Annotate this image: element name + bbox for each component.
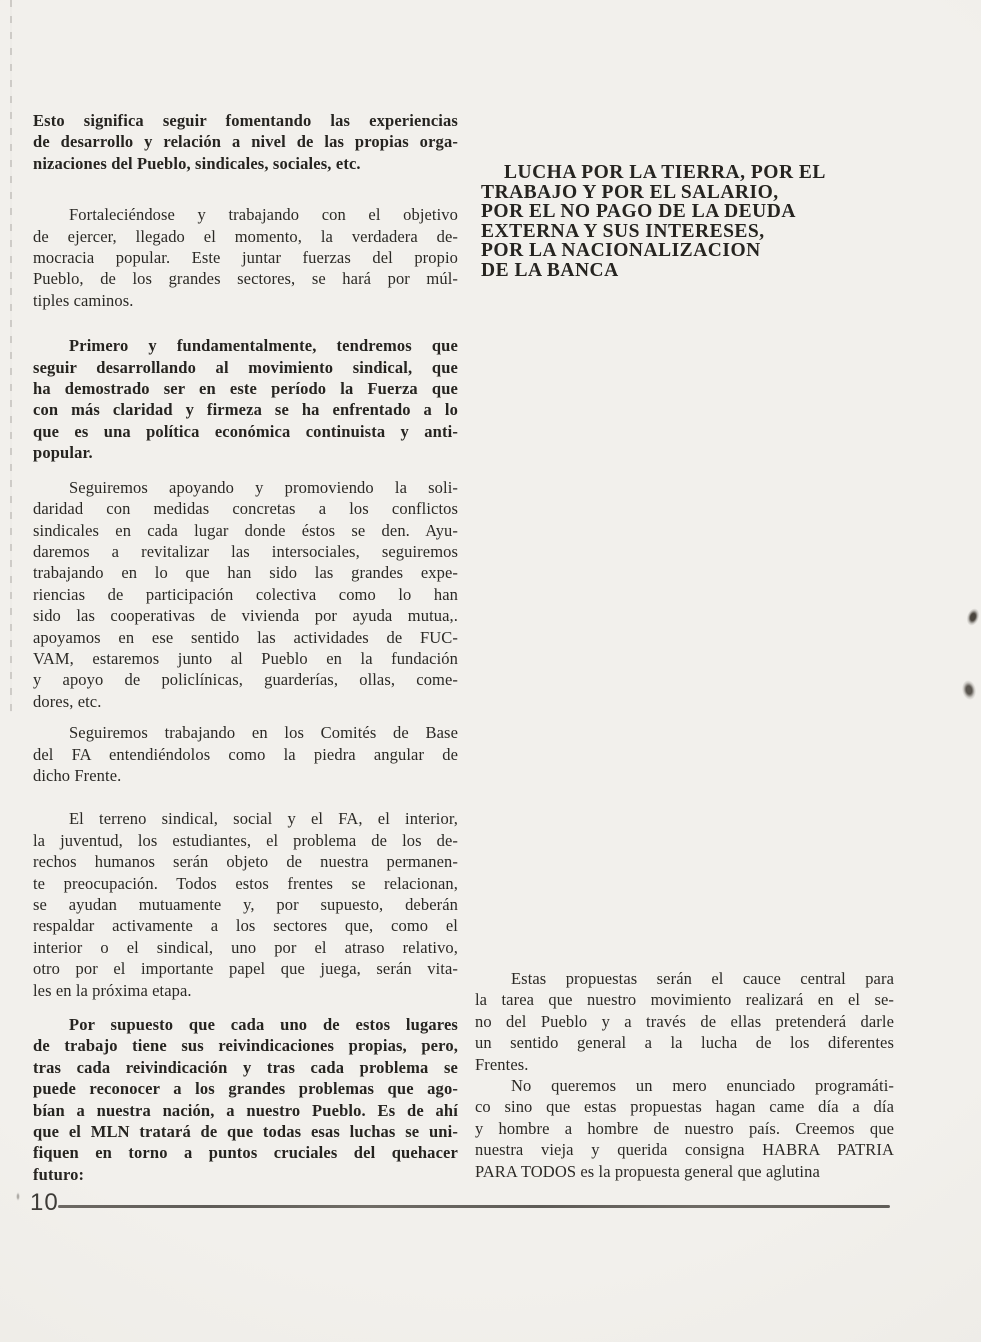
text-line: tiples caminos.: [33, 290, 458, 311]
text-line: que el MLN tratará de que todas esas luc…: [33, 1121, 458, 1142]
text-line: la juventud, los estudiantes, el problem…: [33, 830, 458, 851]
heading-line: DE LA BANCA: [481, 261, 921, 281]
text-line: futuro:: [33, 1164, 458, 1185]
footer-rule: [58, 1205, 890, 1208]
text-line: otro por el importante papel que juega, …: [33, 958, 458, 979]
text-line: co sino que estas propuestas hagan came …: [475, 1096, 894, 1117]
text-line: Esto significa seguir fomentando las exp…: [33, 110, 458, 131]
text-line: Frentes.: [475, 1054, 894, 1075]
text-line: rechos humanos serán objeto de nuestra p…: [33, 851, 458, 872]
paragraph: Por supuesto que cada uno de estos lugar…: [33, 1014, 458, 1185]
text-line: y apoyo de policlínicas, guarderías, oll…: [33, 669, 458, 690]
text-line: no del Pueblo y a través de ellas preten…: [475, 1011, 894, 1032]
paragraph: Esto significa seguir fomentando las exp…: [33, 110, 458, 174]
paragraph: Primero y fundamentalmente, tendremos qu…: [33, 335, 458, 463]
text-line: te preocupación. Todos estos frentes se …: [33, 873, 458, 894]
ink-speck: [960, 679, 978, 701]
text-line: daridad con medidas concretas a los conf…: [33, 498, 458, 519]
text-line: Por supuesto que cada uno de estos lugar…: [33, 1014, 458, 1035]
text-line: Pueblo, de los grandes sectores, se hará…: [33, 268, 458, 289]
text-line: seguir desarrollando al movimiento sindi…: [33, 357, 458, 378]
text-line: ha demostrado ser en este período la Fue…: [33, 378, 458, 399]
text-line: bían a nuestra nación, a nuestro Pueblo.…: [33, 1100, 458, 1121]
text-line: la tarea que nuestro movimiento realizar…: [475, 989, 894, 1010]
text-line: de desarrollo y relación a nivel de las …: [33, 131, 458, 152]
text-line: puede reconocer a los grandes problemas …: [33, 1078, 458, 1099]
text-line: tras cada reivindicación y tras cada pro…: [33, 1057, 458, 1078]
text-line: de ejercer, llegado el momento, la verda…: [33, 226, 458, 247]
text-line: trabajando en lo que han sido las grande…: [33, 562, 458, 583]
text-line: del FA entendiéndolos como la piedra ang…: [33, 744, 458, 765]
text-line: dicho Frente.: [33, 765, 458, 786]
text-line: Fortaleciéndose y trabajando con el obje…: [33, 204, 458, 225]
text-line: con más claridad y firmeza se ha enfrent…: [33, 399, 458, 420]
text-line: respaldar activamente a los sectores que…: [33, 915, 458, 936]
text-line: sido las cooperativas de vivienda por ay…: [33, 605, 458, 626]
text-line: Seguiremos trabajando en los Comités de …: [33, 722, 458, 743]
paragraph: Estas propuestas serán el cauce central …: [475, 968, 894, 1075]
text-line: fiquen en torno a puntos cruciales del q…: [33, 1142, 458, 1163]
paragraph: Seguiremos apoyando y promoviendo la sol…: [33, 477, 458, 712]
text-line: PARA TODOS es la propuesta general que a…: [475, 1161, 894, 1182]
text-line: popular.: [33, 442, 458, 463]
page-number: 10: [30, 1189, 59, 1217]
text-line: riencias de participación colectiva como…: [33, 584, 458, 605]
heading-line: EXTERNA Y SUS INTERESES,: [481, 222, 921, 242]
text-line: El terreno sindical, social y el FA, el …: [33, 808, 458, 829]
paragraph: No queremos un mero enunciado programáti…: [475, 1075, 894, 1182]
text-line: y hombre a hombre de nuestro país. Creem…: [475, 1118, 894, 1139]
text-line: mocracia popular. Este juntar fuerzas de…: [33, 247, 458, 268]
text-line: No queremos un mero enunciado programáti…: [475, 1075, 894, 1096]
heading-line: POR EL NO PAGO DE LA DEUDA: [481, 202, 921, 222]
left-text-column: Esto significa seguir fomentando las exp…: [33, 110, 458, 1185]
ink-speck: [965, 607, 981, 628]
right-text-column: Estas propuestas serán el cauce central …: [475, 968, 894, 1182]
text-line: dores, etc.: [33, 691, 458, 712]
text-line: nizaciones del Pueblo, sindicales, socia…: [33, 153, 458, 174]
scan-edge-artifact-line: [10, 0, 12, 712]
text-line: VAM, estaremos junto al Pueblo en la fun…: [33, 648, 458, 669]
heading-line: TRABAJO Y POR EL SALARIO,: [481, 183, 921, 203]
heading-line: POR LA NACIONALIZACION: [481, 241, 921, 261]
paragraph: El terreno sindical, social y el FA, el …: [33, 808, 458, 1001]
scanned-document-page: Esto significa seguir fomentando las exp…: [0, 0, 981, 1342]
section-heading: LUCHA POR LA TIERRA, POR ELTRABAJO Y POR…: [481, 163, 921, 281]
text-line: de trabajo tiene sus reivindicaciones pr…: [33, 1035, 458, 1056]
text-line: sindicales en cada lugar donde éstos se …: [33, 520, 458, 541]
text-line: se ayudan mutuamente y, por supuesto, de…: [33, 894, 458, 915]
text-line: nuestra vieja y querida consigna HABRA P…: [475, 1139, 894, 1160]
text-line: daremos a revitalizar las intersociales,…: [33, 541, 458, 562]
text-line: Primero y fundamentalmente, tendremos qu…: [33, 335, 458, 356]
text-line: un sentido general a la lucha de los dif…: [475, 1032, 894, 1053]
text-line: Estas propuestas serán el cauce central …: [475, 968, 894, 989]
paragraph: Seguiremos trabajando en los Comités de …: [33, 722, 458, 786]
text-line: apoyamos en ese sentido las actividades …: [33, 627, 458, 648]
ink-speck: [16, 1192, 20, 1201]
heading-line: LUCHA POR LA TIERRA, POR EL: [481, 163, 921, 183]
text-line: Seguiremos apoyando y promoviendo la sol…: [33, 477, 458, 498]
paragraph: Fortaleciéndose y trabajando con el obje…: [33, 204, 458, 311]
text-line: que es una política económica continuist…: [33, 421, 458, 442]
text-line: les en la próxima etapa.: [33, 980, 458, 1001]
text-line: interior o el sindical, uno por el atras…: [33, 937, 458, 958]
